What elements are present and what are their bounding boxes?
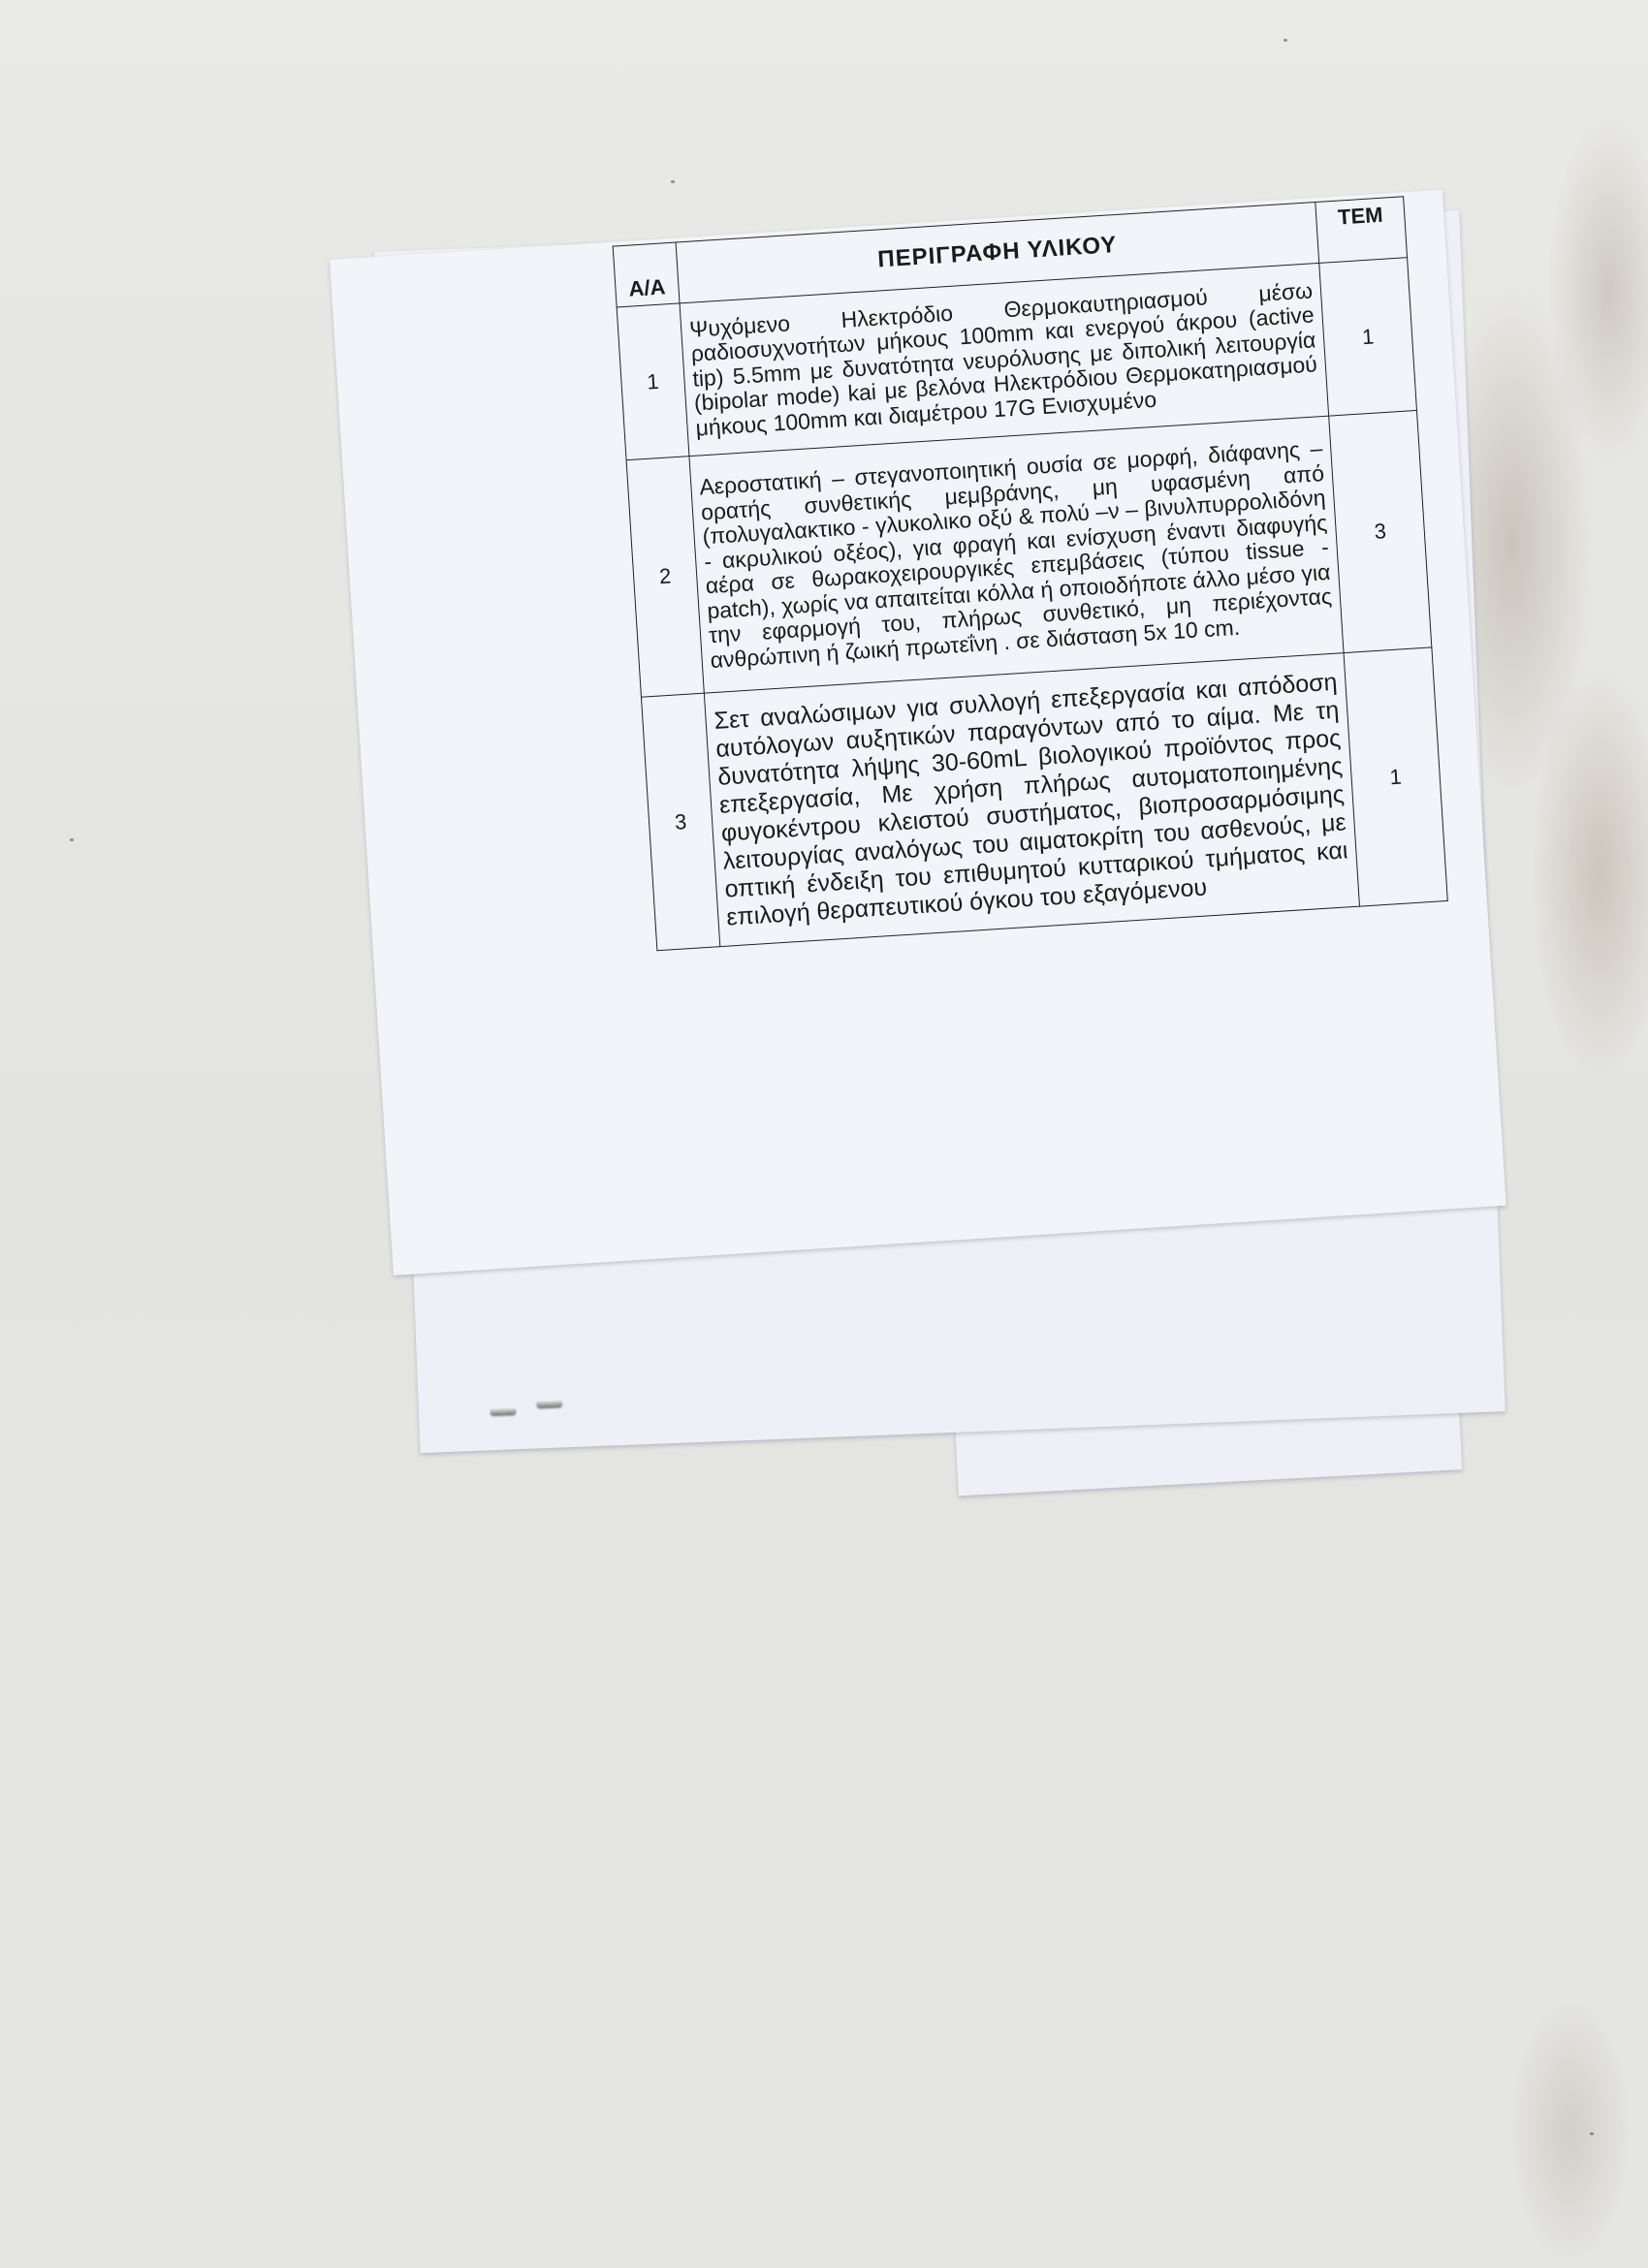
- row-quantity: 3: [1329, 410, 1432, 652]
- dust-speck: [1284, 39, 1287, 42]
- row-index: 1: [617, 303, 689, 460]
- header-index: Α/Α: [613, 242, 680, 307]
- dust-speck: [70, 838, 74, 841]
- row-quantity: 1: [1319, 258, 1417, 416]
- materials-table: Α/Α ΠΕΡΙΓΡΑΦΗ ΥΛΙΚΟΥ ΤΕΜ 1 Ψυχόμενο Ηλεκ…: [613, 196, 1448, 951]
- row-description: Σετ αναλώσιμων για συλλογή επεξεργασία κ…: [704, 653, 1359, 947]
- row-quantity: 1: [1344, 647, 1447, 906]
- table-row: 3 Σετ αναλώσιμων για συλλογή επεξεργασία…: [641, 647, 1447, 951]
- dust-speck: [1590, 2132, 1594, 2135]
- staple-icon: [491, 1406, 516, 1414]
- dust-speck: [671, 180, 675, 183]
- row-description: Αεροστατική – στεγανοποιητική ουσία σε μ…: [689, 416, 1344, 693]
- staple-icon: [537, 1399, 562, 1406]
- header-quantity: ΤΕΜ: [1315, 197, 1408, 264]
- paper-sheet-front: Α/Α ΠΕΡΙΓΡΑΦΗ ΥΛΙΚΟΥ ΤΕΜ 1 Ψυχόμενο Ηλεκ…: [330, 190, 1506, 1276]
